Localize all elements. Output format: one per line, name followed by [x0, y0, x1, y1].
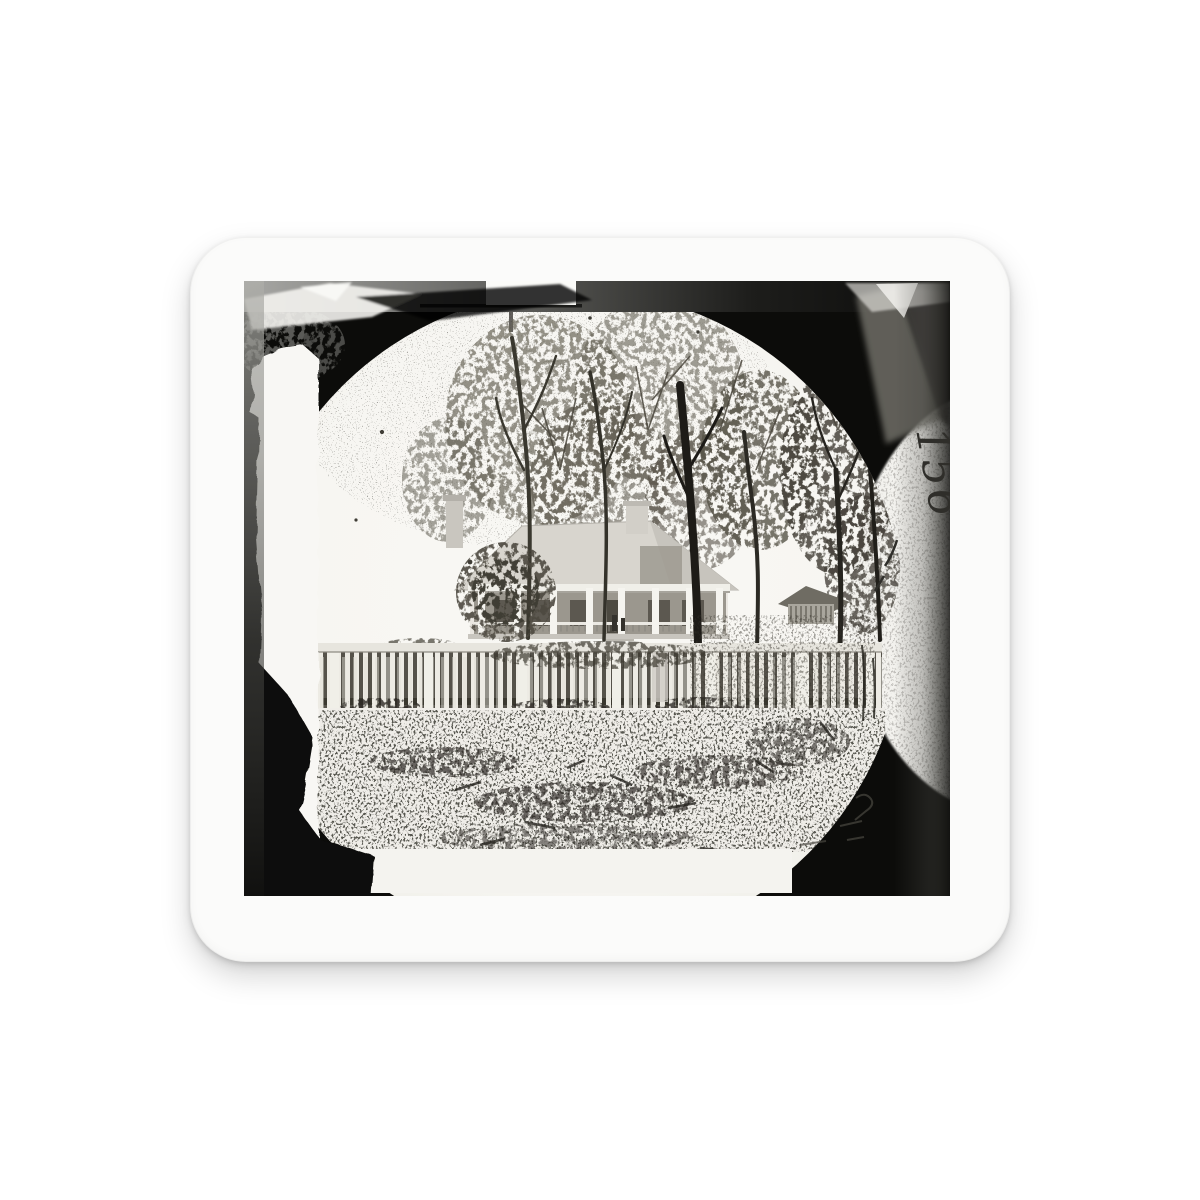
- page-background: 156: [0, 0, 1200, 1200]
- gable-end: [640, 546, 682, 588]
- magnet-card: 156: [190, 237, 1010, 962]
- print-bottom-margin: [352, 849, 792, 893]
- edge-shading-left: [244, 281, 264, 896]
- fold-shading-right: [894, 281, 950, 896]
- photo-plate: 156: [244, 281, 950, 896]
